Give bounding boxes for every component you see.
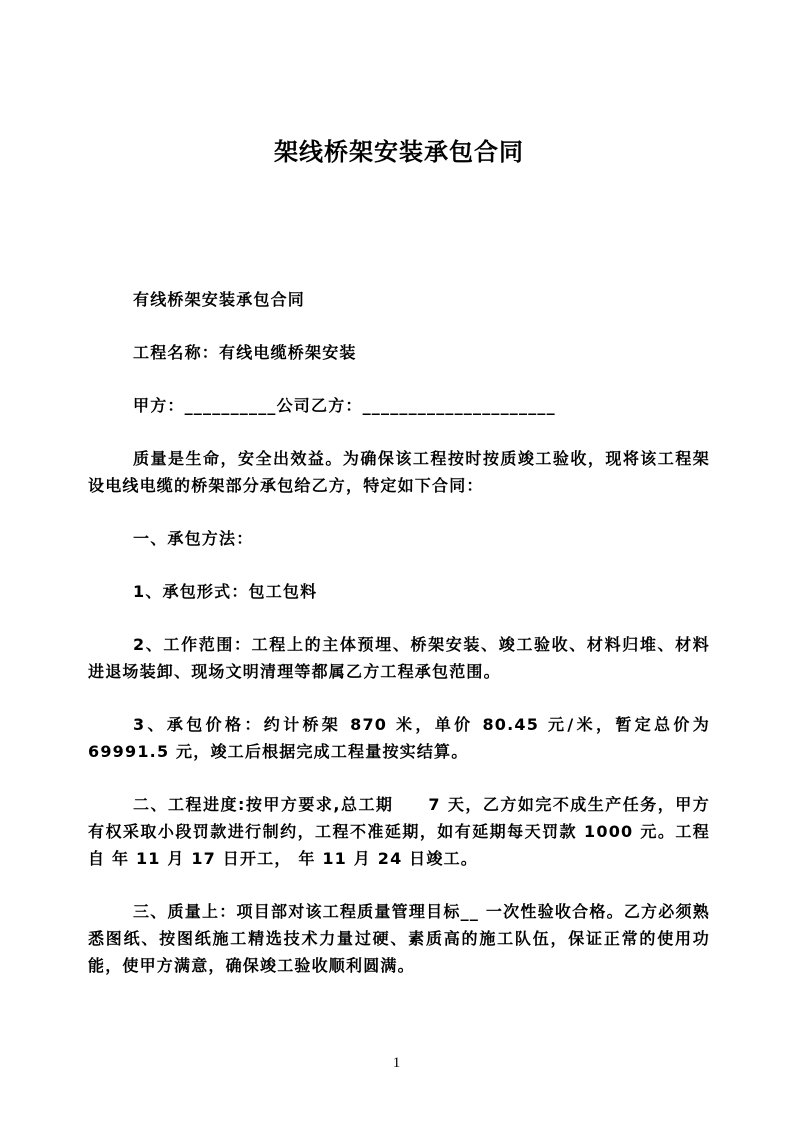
parties-line: 甲方：__________公司乙方：_____________________ bbox=[88, 392, 710, 419]
project-name-line: 工程名称：有线电缆桥架安装 bbox=[88, 339, 710, 366]
subtitle-line: 有线桥架安装承包合同 bbox=[88, 286, 710, 313]
section-three-quality: 三、质量上：项目部对该工程质量管理目标__ 一次性验收合格。乙方必须熟悉图纸、按… bbox=[88, 898, 710, 979]
clause-contract-price: 3、承包价格：约计桥架 870 米，单价 80.45 元/米，暂定总价为 699… bbox=[88, 711, 710, 765]
clause-work-scope: 2、工作范围：工程上的主体预埋、桥架安装、竣工验收、材料归堆、材料进退场装卸、现… bbox=[88, 631, 710, 685]
section-two-progress: 二、工程进度:按甲方要求,总工期 7 天，乙方如完不成生产任务，甲方有权采取小段… bbox=[88, 791, 710, 872]
section-one-heading: 一、承包方法： bbox=[88, 525, 710, 552]
page-number: 1 bbox=[0, 1055, 793, 1072]
intro-paragraph: 质量是生命，安全出效益。为确保该工程按时按质竣工验收，现将该工程架设电线电缆的桥… bbox=[88, 445, 710, 499]
document-page: 架线桥架安装承包合同 有线桥架安装承包合同 工程名称：有线电缆桥架安装 甲方：_… bbox=[0, 0, 793, 1122]
clause-contract-form: 1、承包形式：包工包料 bbox=[88, 578, 710, 605]
document-title: 架线桥架安装承包合同 bbox=[88, 136, 710, 169]
